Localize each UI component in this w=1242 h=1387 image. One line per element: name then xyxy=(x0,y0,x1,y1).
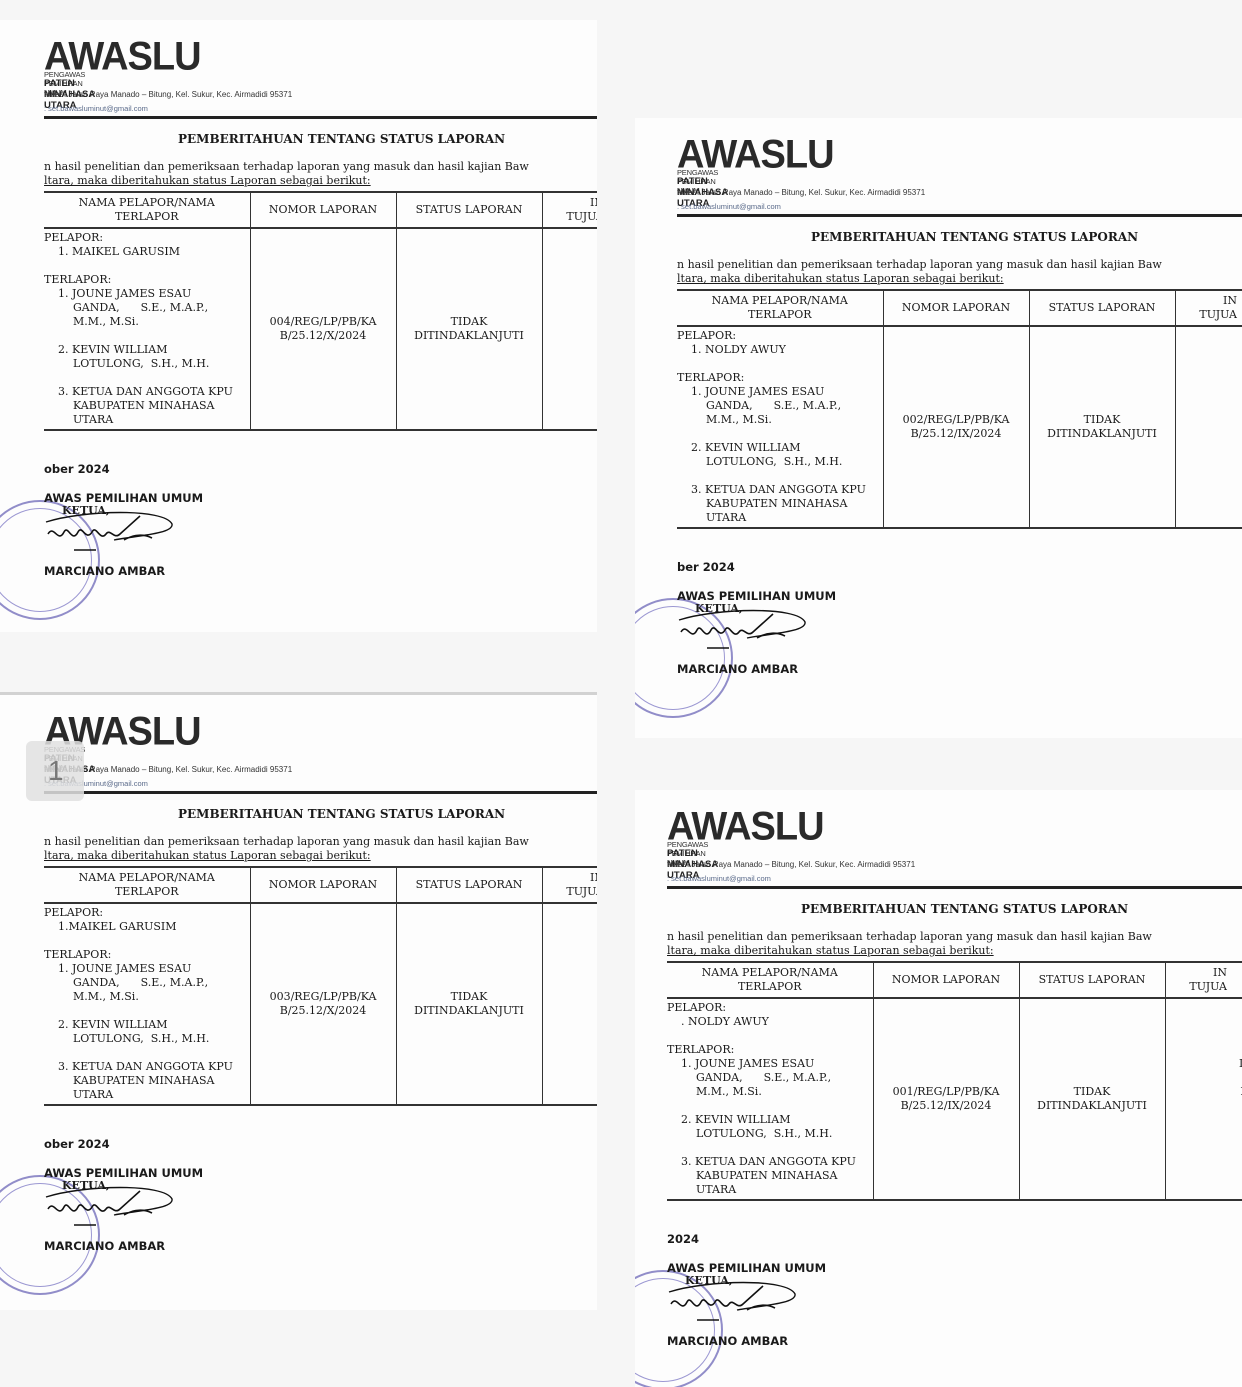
email-line: : set.bawasluminut@gmail.com xyxy=(677,202,781,211)
terlapor-3: 3. KETUA DAN ANGGOTA KPU xyxy=(44,1060,246,1074)
names-cell: PELAPOR: . NOLDY AWUY TERLAPOR: 1. JOUNE… xyxy=(667,998,873,1200)
nomor-laporan-cell: 003/REG/LP/PB/KA B/25.12/X/2024 xyxy=(250,903,396,1105)
report-status-table: NAMA PELAPOR/NAMA TERLAPOR NOMOR LAPORAN… xyxy=(44,866,597,1106)
header-nomor: NOMOR LAPORAN xyxy=(250,192,396,228)
tujuan-line: ADI xyxy=(1180,441,1242,455)
terlapor-label: TERLAPOR: xyxy=(667,1043,869,1057)
tujuan-line: BER xyxy=(1180,399,1242,413)
terlapor-1: 1. JOUNE JAMES ESAU xyxy=(44,962,246,976)
terlapor-1: 1. JOUNE JAMES ESAU xyxy=(44,287,246,301)
tujuan-cell: LAPORBERIMEMEPELATINDPE xyxy=(1165,998,1242,1200)
intro-line-2: ltara, maka diberitahukan status Laporan… xyxy=(44,849,529,863)
intro-paragraph: n hasil penelitian dan pemeriksaan terha… xyxy=(44,835,529,863)
document-panel-top-right[interactable]: AWASLU PENGAWAS PEMILIHAN UMUM PATEN MIN… xyxy=(635,118,1242,738)
address-line: tariat : Jalan Raya Manado – Bitung, Kel… xyxy=(667,860,915,869)
signature-scribble xyxy=(667,1274,817,1324)
intro-line-2: ltara, maka diberitahukan status Laporan… xyxy=(667,944,1152,958)
terlapor-2: 2. KEVIN WILLIAM xyxy=(667,1113,869,1127)
address-line: tariat : Jalan Raya Manado – Bitung, Kel… xyxy=(44,90,292,99)
document-panel-bottom-left[interactable]: AWASLU PENGAWAS PEMILIHAN UMUM PATEN MIN… xyxy=(0,692,597,1310)
pelapor-name: 1. NOLDY AWUY xyxy=(677,343,879,357)
email-line: : set.bawasluminut@gmail.com xyxy=(44,104,148,113)
terlapor-2: 2. KEVIN WILLIAM xyxy=(677,441,879,455)
pelapor-label: PELAPOR: xyxy=(677,329,879,343)
signature-org: AWAS PEMILIHAN UMUM xyxy=(44,491,203,505)
table-header-row: NAMA PELAPOR/NAMA TERLAPOR NOMOR LAPORAN… xyxy=(677,290,1242,326)
terlapor-1: 1. JOUNE JAMES ESAU xyxy=(667,1057,869,1071)
table-header-row: NAMA PELAPOR/NAMA TERLAPOR NOMOR LAPORAN… xyxy=(667,962,1242,998)
table-header-row: NAMA PELAPOR/NAMA TERLAPOR NOMOR LAPORAN… xyxy=(44,867,597,903)
nomor-laporan-cell: 002/REG/LP/PB/KA B/25.12/IX/2024 xyxy=(883,326,1029,528)
tujuan-cell: LAPOBERMEMIPELADIPI xyxy=(1175,326,1242,528)
header-status: STATUS LAPORAN xyxy=(1019,962,1165,998)
address-line: tariat : Jalan Raya Manado – Bitung, Kel… xyxy=(677,188,925,197)
header-status: STATUS LAPORAN xyxy=(1029,290,1175,326)
intro-line-1: n hasil penelitian dan pemeriksaan terha… xyxy=(44,835,529,849)
terlapor-label: TERLAPOR: xyxy=(44,948,246,962)
intro-line-1: n hasil penelitian dan pemeriksaan terha… xyxy=(44,160,529,174)
tujuan-line: PEL xyxy=(547,329,598,343)
terlapor-3: 3. KETUA DAN ANGGOTA KPU xyxy=(677,483,879,497)
signature-scribble xyxy=(44,504,194,554)
tujuan-line: PI xyxy=(1180,455,1242,469)
signature-org: AWAS PEMILIHAN UMUM xyxy=(677,589,836,603)
header-nomor: NOMOR LAPORAN xyxy=(250,867,396,903)
document-title: PEMBERITAHUAN TENTANG STATUS LAPORAN xyxy=(178,807,505,821)
tujuan-line: LAPO xyxy=(1180,385,1242,399)
pelapor-name: 1. MAIKEL GARUSIM xyxy=(44,245,246,259)
tujuan-line: LAPO xyxy=(547,287,598,301)
pelapor-label: PELAPOR: xyxy=(44,231,246,245)
tujuan-cell: LAPOBERMEMIPELADIPI xyxy=(542,228,597,430)
signature-date: ober 2024 xyxy=(44,462,110,476)
tujuan-line: TINDA xyxy=(547,1018,598,1032)
signature-date: ober 2024 xyxy=(44,1137,110,1151)
intro-line-2: ltara, maka diberitahukan status Laporan… xyxy=(44,174,529,188)
signature-date: ber 2024 xyxy=(677,560,735,574)
letterhead-divider xyxy=(44,116,597,119)
terlapor-2: 2. KEVIN WILLIAM xyxy=(44,343,246,357)
tujuan-cell: LAPORBERIKMEMENPELATINDAPEN xyxy=(542,903,597,1105)
pelapor-label: PELAPOR: xyxy=(667,1001,869,1015)
table-row: PELAPOR: . NOLDY AWUY TERLAPOR: 1. JOUNE… xyxy=(667,998,1242,1200)
signature-name: MARCIANO AMBAR xyxy=(677,662,798,676)
header-tujuan: IN TUJUA xyxy=(1175,290,1242,326)
signature-name: MARCIANO AMBAR xyxy=(44,564,165,578)
tujuan-line: MEMEN xyxy=(547,990,598,1004)
header-nomor: NOMOR LAPORAN xyxy=(873,962,1019,998)
pelapor-name: 1.MAIKEL GARUSIM xyxy=(44,920,246,934)
tujuan-line: PI xyxy=(547,357,598,371)
document-title: PEMBERITAHUAN TENTANG STATUS LAPORAN xyxy=(811,230,1138,244)
names-cell: PELAPOR: 1. MAIKEL GARUSIM TERLAPOR: 1. … xyxy=(44,228,250,430)
page-number-badge: 1 xyxy=(26,741,84,801)
terlapor-label: TERLAPOR: xyxy=(44,273,246,287)
intro-paragraph: n hasil penelitian dan pemeriksaan terha… xyxy=(44,160,529,188)
status-laporan-cell: TIDAK DITINDAKLANJUTI xyxy=(1029,326,1175,528)
table-row: PELAPOR: 1.MAIKEL GARUSIM TERLAPOR: 1. J… xyxy=(44,903,597,1105)
tujuan-line: LAPOR xyxy=(1170,1057,1242,1071)
letterhead-divider xyxy=(44,791,597,794)
intro-paragraph: n hasil penelitian dan pemeriksaan terha… xyxy=(677,258,1162,286)
signature-name: MARCIANO AMBAR xyxy=(44,1239,165,1253)
tujuan-line: BERI xyxy=(1170,1071,1242,1085)
report-status-table: NAMA PELAPOR/NAMA TERLAPOR NOMOR LAPORAN… xyxy=(667,961,1242,1201)
signature-scribble xyxy=(44,1179,194,1229)
signature-date: 2024 xyxy=(667,1232,699,1246)
tujuan-line: MEMI xyxy=(547,315,598,329)
header-tujuan: IN TUJUA xyxy=(1165,962,1242,998)
intro-line-1: n hasil penelitian dan pemeriksaan terha… xyxy=(667,930,1152,944)
pelapor-label: PELAPOR: xyxy=(44,906,246,920)
header-tujuan: IN TUJUA xyxy=(542,867,597,903)
tujuan-line: PE xyxy=(1170,1127,1242,1141)
tujuan-line: ADI xyxy=(547,343,598,357)
signature-name: MARCIANO AMBAR xyxy=(667,1334,788,1348)
document-panel-top-left[interactable]: AWASLU PENGAWAS PEMILIHAN UMUM PATEN MIN… xyxy=(0,20,597,632)
pelapor-name: . NOLDY AWUY xyxy=(667,1015,869,1029)
letterhead-divider xyxy=(667,886,1242,889)
document-title: PEMBERITAHUAN TENTANG STATUS LAPORAN xyxy=(801,902,1128,916)
terlapor-2: 2. KEVIN WILLIAM xyxy=(44,1018,246,1032)
report-status-table: NAMA PELAPOR/NAMA TERLAPOR NOMOR LAPORAN… xyxy=(677,289,1242,529)
tujuan-line: LAPOR xyxy=(547,962,598,976)
header-nomor: NOMOR LAPORAN xyxy=(883,290,1029,326)
header-tujuan: IN TUJUA xyxy=(542,192,597,228)
tujuan-line: BERIK xyxy=(547,976,598,990)
signature-org: AWAS PEMILIHAN UMUM xyxy=(44,1166,203,1180)
terlapor-1: 1. JOUNE JAMES ESAU xyxy=(677,385,879,399)
tujuan-line: TIND xyxy=(1170,1113,1242,1127)
signature-scribble xyxy=(677,602,827,652)
intro-line-1: n hasil penelitian dan pemeriksaan terha… xyxy=(677,258,1162,272)
tujuan-line: PELA xyxy=(547,1004,598,1018)
tujuan-line: BER xyxy=(547,301,598,315)
signature-org: AWAS PEMILIHAN UMUM xyxy=(667,1261,826,1275)
terlapor-3: 3. KETUA DAN ANGGOTA KPU xyxy=(667,1155,869,1169)
names-cell: PELAPOR: 1.MAIKEL GARUSIM TERLAPOR: 1. J… xyxy=(44,903,250,1105)
tujuan-line: PELA xyxy=(1170,1099,1242,1113)
terlapor-3: 3. KETUA DAN ANGGOTA KPU xyxy=(44,385,246,399)
intro-line-2: ltara, maka diberitahukan status Laporan… xyxy=(677,272,1162,286)
header-nama: NAMA PELAPOR/NAMA TERLAPOR xyxy=(667,962,873,998)
header-status: STATUS LAPORAN xyxy=(396,867,542,903)
header-nama: NAMA PELAPOR/NAMA TERLAPOR xyxy=(44,192,250,228)
report-status-table: NAMA PELAPOR/NAMA TERLAPOR NOMOR LAPORAN… xyxy=(44,191,597,431)
table-row: PELAPOR: 1. MAIKEL GARUSIM TERLAPOR: 1. … xyxy=(44,228,597,430)
nomor-laporan-cell: 001/REG/LP/PB/KA B/25.12/IX/2024 xyxy=(873,998,1019,1200)
header-status: STATUS LAPORAN xyxy=(396,192,542,228)
header-nama: NAMA PELAPOR/NAMA TERLAPOR xyxy=(677,290,883,326)
status-laporan-cell: TIDAK DITINDAKLANJUTI xyxy=(1019,998,1165,1200)
names-cell: PELAPOR: 1. NOLDY AWUY TERLAPOR: 1. JOUN… xyxy=(677,326,883,528)
table-row: PELAPOR: 1. NOLDY AWUY TERLAPOR: 1. JOUN… xyxy=(677,326,1242,528)
status-laporan-cell: TIDAK DITINDAKLANJUTI xyxy=(396,903,542,1105)
tujuan-line: MEMI xyxy=(1180,413,1242,427)
document-panel-bottom-right[interactable]: AWASLU PENGAWAS PEMILIHAN UMUM PATEN MIN… xyxy=(635,790,1242,1387)
intro-paragraph: n hasil penelitian dan pemeriksaan terha… xyxy=(667,930,1152,958)
nomor-laporan-cell: 004/REG/LP/PB/KA B/25.12/X/2024 xyxy=(250,228,396,430)
document-title: PEMBERITAHUAN TENTANG STATUS LAPORAN xyxy=(178,132,505,146)
tujuan-line: MEME xyxy=(1170,1085,1242,1099)
terlapor-label: TERLAPOR: xyxy=(677,371,879,385)
status-laporan-cell: TIDAK DITINDAKLANJUTI xyxy=(396,228,542,430)
tujuan-line: PEN xyxy=(547,1032,598,1046)
email-line: : set.bawasluminut@gmail.com xyxy=(667,874,771,883)
letterhead-divider xyxy=(677,214,1242,217)
tujuan-line: PEL xyxy=(1180,427,1242,441)
table-header-row: NAMA PELAPOR/NAMA TERLAPOR NOMOR LAPORAN… xyxy=(44,192,597,228)
header-nama: NAMA PELAPOR/NAMA TERLAPOR xyxy=(44,867,250,903)
